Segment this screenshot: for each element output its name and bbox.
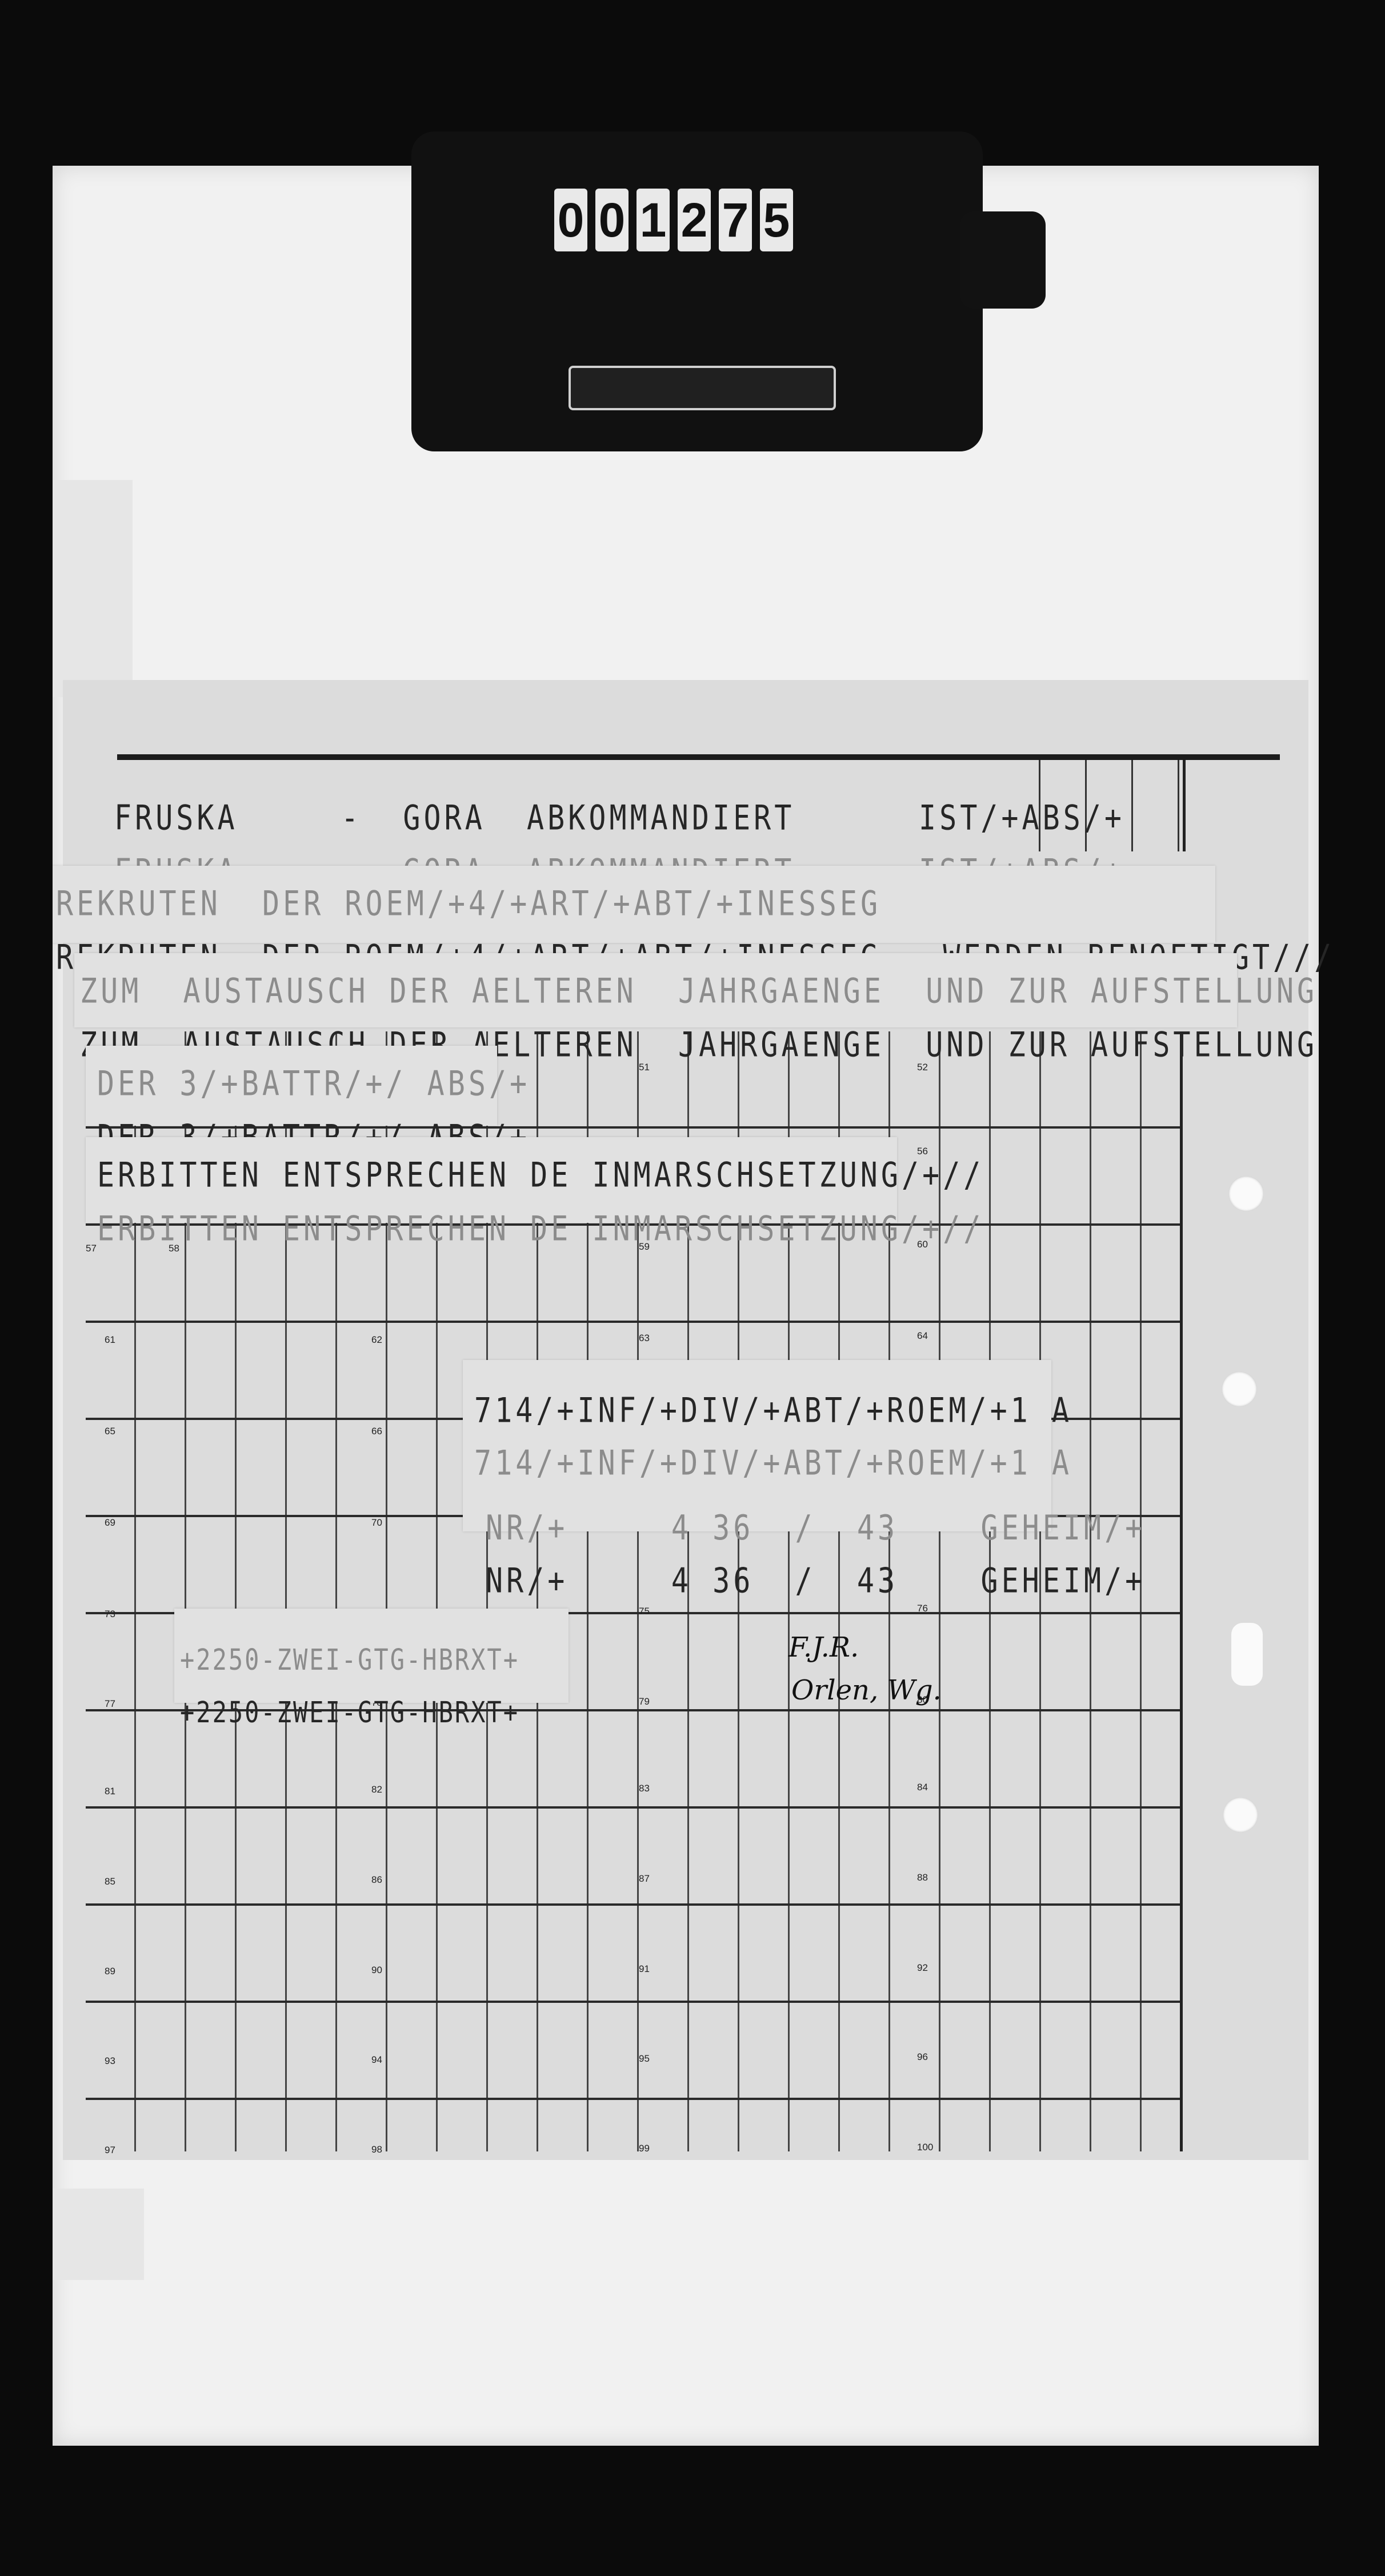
teletype-strip-4: DER 3/+BATTR/+/ ABS/+ DER 3/+BATTR/+/ AB…: [86, 1046, 497, 1126]
cell-number: 70: [371, 1517, 382, 1529]
cell-number: 75: [639, 1606, 650, 1617]
teletype-strip-5: ERBITTEN ENTSPRECHEN DE INMARSCHSETZUNG/…: [86, 1137, 897, 1223]
handwritten-initials: F.J.R.: [788, 1631, 859, 1663]
strip-ghost-line: DER 3/+BATTR/+/ ABS/+: [86, 1064, 497, 1102]
cell-number: 63: [639, 1333, 650, 1344]
cell-number: 99: [639, 2143, 650, 2154]
cell-number: 98: [371, 2144, 382, 2155]
punch-hole: [1223, 1797, 1258, 1833]
cell-number: 86: [371, 1874, 382, 1886]
teletype-strip-3: ZUM AUSTAUSCH DER AELTEREN JAHRGAENGE UN…: [74, 953, 1237, 1027]
cell-number: 64: [917, 1330, 928, 1342]
teletype-strip-1: FRUSKA - GORA ABKOMMANDIERT IST/+ABS/+ F…: [114, 780, 977, 851]
counter-label-plate: [569, 366, 836, 410]
strip-line: 714/+INF/+DIV/+ABT/+ROEM/+1 A: [463, 1377, 1051, 1429]
strip-line: +2250-ZWEI-GTG-HBRXT+: [174, 1693, 569, 1731]
cell-number: 95: [639, 2053, 650, 2065]
counter-digit: 0: [554, 189, 587, 251]
cell-number: 77: [105, 1698, 115, 1710]
cell-number: 91: [639, 1963, 650, 1975]
cell-number: 88: [917, 1872, 928, 1883]
strip-ghost-line: 714/+INF/+DIV/+ABT/+ROEM/+1 A: [463, 1443, 1051, 1482]
punch-hole: [1228, 1176, 1264, 1211]
teletype-strip-6: 714/+INF/+DIV/+ABT/+ROEM/+1 A 714/+INF/+…: [463, 1360, 1051, 1531]
counter-digit: 5: [760, 189, 793, 251]
strip-ghost-line: REKRUTEN DER ROEM/+4/+ART/+ABT/+INESSEG: [53, 884, 1215, 922]
strip-line: NR/+ 4 36 / 43 GEHEIM/+: [463, 1561, 1051, 1599]
header-rule: [117, 754, 1280, 760]
counter-digit: 2: [678, 189, 711, 251]
cell-number: 65: [105, 1426, 115, 1437]
cell-number: 90: [371, 1965, 382, 1976]
cell-number: 92: [917, 1962, 928, 1974]
cell-number: 66: [371, 1426, 382, 1437]
binder-clip-mark: [1231, 1623, 1263, 1686]
cell-number: 93: [105, 2055, 115, 2067]
cell-number: 85: [105, 1876, 115, 1887]
strip-line: ERBITTEN ENTSPRECHEN DE INMARSCHSETZUNG/…: [86, 1155, 897, 1194]
cell-number: 69: [105, 1517, 115, 1529]
strip-ghost-line: ERBITTEN ENTSPRECHEN DE INMARSCHSETZUNG/…: [86, 1209, 897, 1247]
cell-number: 89: [105, 1966, 115, 1977]
counter-digit: 1: [637, 189, 670, 251]
cell-number: 94: [371, 2054, 382, 2066]
cell-number: 87: [639, 1873, 650, 1885]
frame-counter-knob: [960, 211, 1046, 309]
cell-number: 79: [639, 1696, 650, 1707]
cell-number: 83: [639, 1783, 650, 1794]
counter-digit: 0: [595, 189, 629, 251]
teletype-strip-7: +2250-ZWEI-GTG-HBRXT+ +2250-ZWEI-GTG-HBR…: [174, 1609, 569, 1703]
cell-number: 62: [371, 1334, 382, 1346]
cell-number: 73: [105, 1609, 115, 1620]
strip-ghost-line: NR/+ 4 36 / 43 GEHEIM/+: [463, 1497, 1051, 1547]
strip-ghost-line: ZUM AUSTAUSCH DER AELTEREN JAHRGAENGE UN…: [74, 971, 1237, 1010]
cell-number: 61: [105, 1334, 115, 1346]
cell-number: 82: [371, 1784, 382, 1795]
counter-digit: 7: [719, 189, 752, 251]
strip-ghost-line: +2250-ZWEI-GTG-HBRXT+: [174, 1626, 569, 1679]
handwritten-signature: Orlen, Wg.: [791, 1674, 942, 1706]
cell-number: 96: [917, 2051, 928, 2063]
teletype-strip-2: REKRUTEN DER ROEM/+4/+ART/+ABT/+INESSEG …: [53, 866, 1215, 943]
cell-number: 97: [105, 2145, 115, 2156]
frame-counter-digits: 0 0 1 2 7 5: [554, 189, 793, 257]
paper-tab-bottom-left: [53, 2189, 144, 2280]
paper-tab-left: [53, 480, 133, 697]
strip-line: FRUSKA - GORA ABKOMMANDIERT IST/+ABS/+: [114, 798, 977, 837]
punch-hole: [1222, 1371, 1257, 1407]
cell-number: 100: [917, 2142, 933, 2153]
cell-number: 84: [917, 1782, 928, 1793]
cell-number: 81: [105, 1786, 115, 1797]
